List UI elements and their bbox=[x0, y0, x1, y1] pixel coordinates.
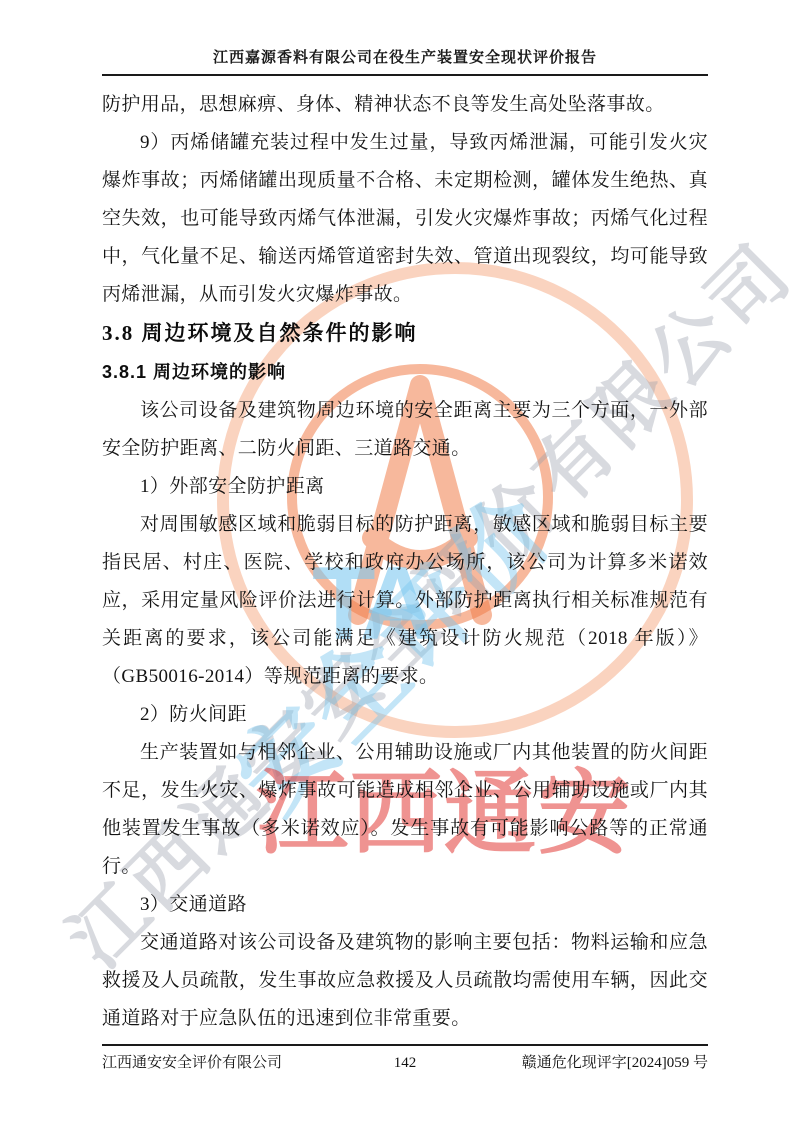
section-heading-3-8: 3.8 周边环境及自然条件的影响 bbox=[102, 314, 708, 352]
report-page: 江西通安安全评价有限公司 安全评价 TA 江西通安 江西嘉源香料有限公司在役生产… bbox=[0, 0, 794, 1123]
list-item-heading: 1）外部安全防护距离 bbox=[102, 468, 708, 506]
list-item-heading: 3）交通道路 bbox=[102, 886, 708, 924]
body-paragraph: 对周围敏感区域和脆弱目标的防护距离，敏感区域和脆弱目标主要指民居、村庄、医院、学… bbox=[102, 506, 708, 696]
body-paragraph: 该公司设备及建筑物周边环境的安全距离主要为三个方面，一外部安全防护距离、二防火间… bbox=[102, 392, 708, 468]
page-header: 江西嘉源香料有限公司在役生产装置安全现状评价报告 bbox=[102, 46, 708, 76]
page-footer: 江西通安安全评价有限公司 142 赣通危化现评字[2024]059 号 bbox=[102, 1044, 708, 1072]
subsection-heading-3-8-1: 3.8.1 周边环境的影响 bbox=[102, 352, 708, 392]
body-paragraph: 交通道路对该公司设备及建筑物的影响主要包括：物料运输和应急救援及人员疏散，发生事… bbox=[102, 924, 708, 1038]
body-paragraph: 9）丙烯储罐充装过程中发生过量，导致丙烯泄漏，可能引发火灾爆炸事故；丙烯储罐出现… bbox=[102, 124, 708, 314]
document-body: 防护用品，思想麻痹、身体、精神状态不良等发生高处坠落事故。 9）丙烯储罐充装过程… bbox=[102, 86, 708, 1038]
list-item-heading: 2）防火间距 bbox=[102, 696, 708, 734]
report-title: 江西嘉源香料有限公司在役生产装置安全现状评价报告 bbox=[102, 46, 708, 76]
footer-company-name: 江西通安安全评价有限公司 bbox=[102, 1051, 282, 1072]
body-paragraph: 防护用品，思想麻痹、身体、精神状态不良等发生高处坠落事故。 bbox=[102, 86, 708, 124]
body-paragraph: 生产装置如与相邻企业、公用辅助设施或厂内其他装置的防火间距不足，发生火灾、爆炸事… bbox=[102, 734, 708, 886]
footer-doc-number: 赣通危化现评字[2024]059 号 bbox=[522, 1051, 708, 1072]
page-number: 142 bbox=[394, 1055, 417, 1072]
